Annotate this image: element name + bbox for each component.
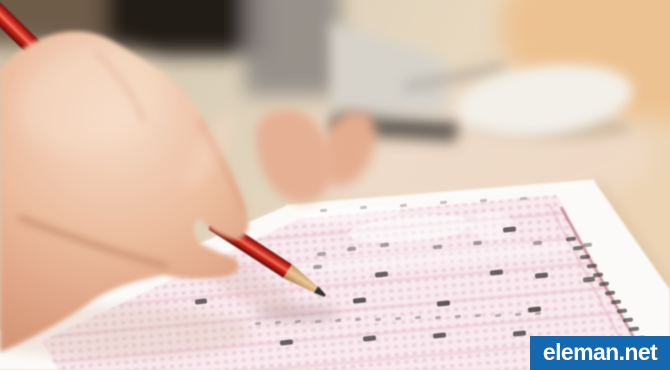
photo-scene: eleman.net: [0, 0, 670, 370]
background-and-sheet: [0, 0, 670, 370]
watermark-logo: eleman.net: [530, 336, 670, 370]
watermark-text: eleman.net: [543, 339, 657, 366]
